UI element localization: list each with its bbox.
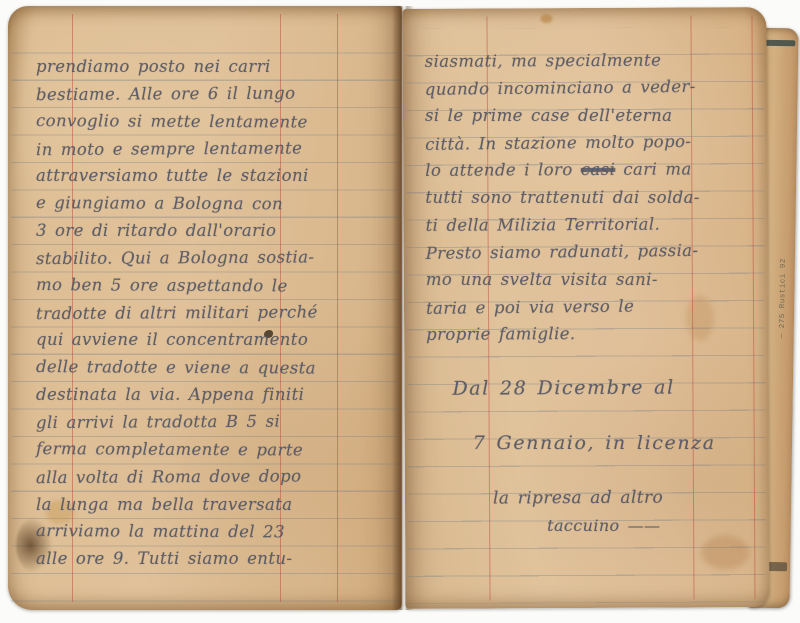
handwritten-line: destinata la via. Appena finiti <box>36 381 398 408</box>
handwritten-line: taria e poi via verso le <box>426 291 764 322</box>
handwritten-line: 7 Gennaio, in licenza <box>427 430 765 457</box>
handwritten-line: attraversiamo tutte le stazioni <box>36 162 398 189</box>
handwritten-line: mo ben 5 ore aspettando le <box>36 271 398 300</box>
handwritten-line: bestiame. Alle ore 6 il lungo <box>36 79 398 109</box>
handwritten-line: stabilito. Qui a Bologna sostia- <box>36 243 398 273</box>
handwritten-line: qui avviene il concentramento <box>36 326 398 353</box>
handwritten-line: siasmati, ma specialmente <box>425 46 763 75</box>
handwritten-line <box>426 348 764 375</box>
handwritten-line: delle tradotte e viene a questa <box>36 353 398 382</box>
handwriting-left-page: prendiamo posto nei carribestiame. Alle … <box>36 53 398 573</box>
notebook-photo: — 275 Rustici 92— 7 28 875 Fa 141000 »2 … <box>0 0 800 623</box>
printed-edge-fragment: — 275 Rustici 92 <box>779 258 788 338</box>
handwritten-line: alla volta di Roma dove dopo <box>36 462 398 492</box>
handwritten-line: Dal 28 Dicembre al <box>426 374 764 403</box>
handwritten-line: 3 ore di ritardo dall'orario <box>36 217 398 244</box>
handwritten-line: tutti sono trattenuti dai solda- <box>425 184 763 211</box>
handwritten-line: taccuino —— <box>427 512 765 539</box>
handwritten-line: Presto siamo radunati, passia- <box>426 236 764 267</box>
handwritten-line: prendiamo posto nei carri <box>36 53 398 80</box>
handwritten-line <box>427 455 765 486</box>
handwritten-line: tradotte di altri militari perché <box>36 298 398 328</box>
handwritten-line: ferma completamente e parte <box>36 435 398 464</box>
handwritten-line: arriviamo la mattina del 23 <box>36 517 398 546</box>
handwritten-line <box>426 401 764 432</box>
handwriting-right-page: siasmati, ma specialmentequando incominc… <box>425 46 766 540</box>
stain <box>540 14 552 23</box>
handwritten-line: si le prime case dell'eterna <box>425 102 763 129</box>
handwritten-line: ti della Milizia Territorial. <box>425 210 763 239</box>
right-page: siasmati, ma specialmentequando incominc… <box>402 7 769 609</box>
handwritten-line: la ripresa ad altro <box>427 484 765 513</box>
left-page: prendiamo posto nei carribestiame. Alle … <box>8 6 402 610</box>
handwritten-line: e giungiamo a Bologna con <box>36 189 398 218</box>
handwritten-line: la lunga ma bella traversata <box>36 491 398 518</box>
handwritten-line: città. In stazione molto popo- <box>425 127 763 158</box>
handwritten-line: proprie famiglie. <box>426 320 764 349</box>
handwritten-line: in moto e sempre lentamente <box>36 134 398 164</box>
handwritten-line: mo una svelta visita sani- <box>426 266 764 293</box>
handwritten-line: quando incominciano a veder- <box>425 72 763 103</box>
handwritten-line: alle ore 9. Tutti siamo entu- <box>36 545 398 572</box>
handwritten-line: lo attende i loro casi cari ma <box>425 155 763 184</box>
handwritten-line: convoglio si mette lentamente <box>36 107 398 136</box>
handwritten-line: gli arrivi la tradotta B 5 si <box>36 407 398 437</box>
